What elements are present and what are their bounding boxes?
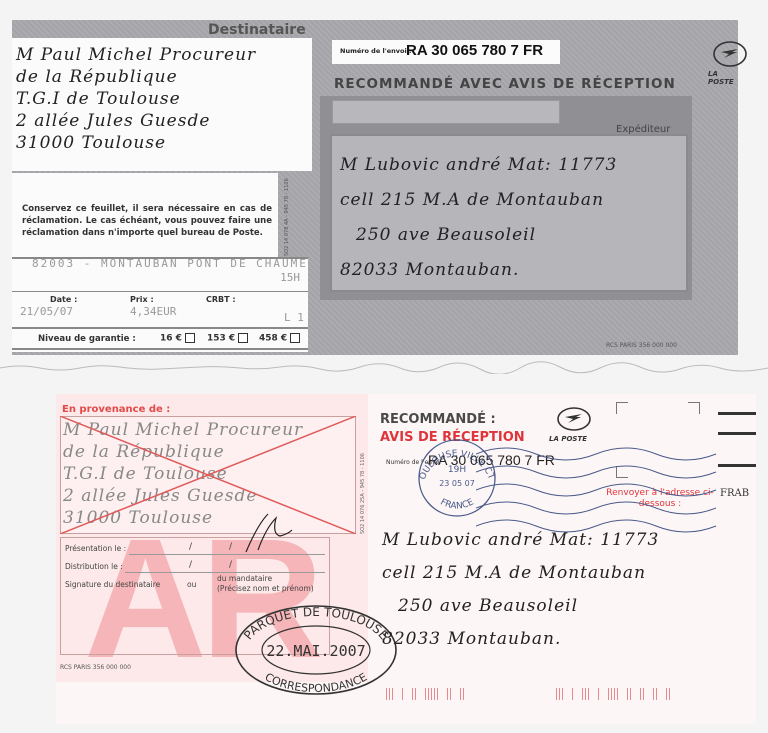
postage-info-box: 82003 - MONTAUBAN PONT DE CHAUME 15H Dat…: [12, 257, 308, 352]
brand-label: LA POSTE: [549, 435, 587, 443]
rcs-number: RCS PARIS 356 000 000: [606, 342, 677, 349]
stamp-area-corner: [688, 402, 700, 414]
tracking-number: RA 30 065 780 7 FR: [406, 42, 543, 59]
la-poste-logo-icon: [712, 40, 748, 68]
rcs-number: RCS PARIS 356 000 000: [60, 664, 131, 671]
barcode-left: [386, 688, 464, 700]
svg-text:PARQUET DE TOULOUSE: PARQUET DE TOULOUSE: [241, 605, 391, 642]
stamp-area-corner: [616, 402, 628, 414]
or-label: ou: [187, 580, 196, 589]
checkbox[interactable]: [185, 333, 195, 343]
card-title-line1: RECOMMANDÉ :: [380, 412, 496, 427]
postmark: TOULOUSE VILLE CTC FRANCE 19H 23 05 07: [412, 428, 502, 528]
price-value: 4,34EUR: [130, 305, 176, 318]
svg-text:19H: 19H: [448, 465, 466, 475]
date-label: Date :: [50, 295, 77, 304]
proxy-label: du mandataire: [217, 574, 272, 583]
receipt-slip: Destinataire M Paul Michel Procureur de …: [12, 20, 738, 355]
sender-header-field: [332, 100, 560, 124]
tracking-number-box: Numéro de l'envoi : RA 30 065 780 7 FR: [332, 40, 560, 64]
recipient-address-box: M Paul Michel Procureur de la République…: [12, 38, 312, 171]
guarantee-458[interactable]: 458 €: [259, 333, 300, 344]
bar-mark: [718, 412, 756, 415]
guarantee-16[interactable]: 16 €: [160, 333, 195, 344]
price-label: Prix :: [130, 295, 154, 304]
date-value: 21/05/07: [20, 305, 73, 318]
tracking-label: Numéro de l'envoi :: [340, 47, 412, 55]
presentation-label: Présentation le :: [65, 544, 126, 553]
recipient-address: M Paul Michel Procureur de la République…: [16, 44, 256, 154]
torn-edge: [0, 360, 768, 374]
checkbox[interactable]: [238, 333, 248, 343]
crbt-value: L 1: [284, 311, 304, 324]
guarantee-label: Niveau de garantie :: [38, 334, 136, 344]
slip-title: RECOMMANDÉ AVEC AVIS DE RÉCEPTION: [334, 76, 676, 92]
return-receipt-card: AR En provenance de : M Paul Michel Proc…: [56, 394, 756, 724]
svg-text:23 05 07: 23 05 07: [439, 479, 475, 488]
keep-notice-box: Conservez ce feuillet, il sera nécessair…: [12, 173, 278, 257]
crbt-label: CRBT :: [206, 295, 236, 304]
checkbox[interactable]: [290, 333, 300, 343]
office-printout: 82003 - MONTAUBAN PONT DE CHAUME: [32, 257, 308, 270]
hour-value: 15H: [280, 271, 300, 284]
recipient-label: Destinataire: [208, 22, 306, 38]
bar-mark: [718, 432, 756, 435]
sender-address-box: M Lubovic andré Mat: 11773 cell 215 M.A …: [330, 134, 688, 292]
guarantee-153[interactable]: 153 €: [207, 333, 248, 344]
from-label: En provenance de :: [62, 404, 170, 415]
sender-address: M Lubovic andré Mat: 11773 cell 215 M.A …: [340, 148, 617, 288]
svg-text:22.MAI.2007: 22.MAI.2007: [266, 642, 365, 660]
signature-label: Signature du destinataire: [65, 580, 160, 589]
form-code: SO2 14 078 4A - 945 78 - 1106: [284, 178, 290, 256]
la-poste-logo-icon: [556, 406, 592, 432]
proxy-hint: (Précisez nom et prénom): [217, 584, 314, 593]
barcode-right: [556, 688, 670, 700]
form-code: SO2 14 076 25A - 945 78 - 1106: [360, 453, 366, 534]
keep-notice: Conservez ce feuillet, il sera nécessair…: [22, 203, 272, 239]
signature-scribble: [236, 504, 316, 554]
brand-label: LA POSTE: [708, 70, 738, 86]
cancellation-waves: [476, 444, 726, 534]
court-stamp: PARQUET DE TOULOUSE CORRESPONDANCE 22.MA…: [232, 600, 400, 700]
distribution-label: Distribution le :: [65, 562, 123, 571]
svg-text:FRANCE: FRANCE: [438, 497, 475, 511]
